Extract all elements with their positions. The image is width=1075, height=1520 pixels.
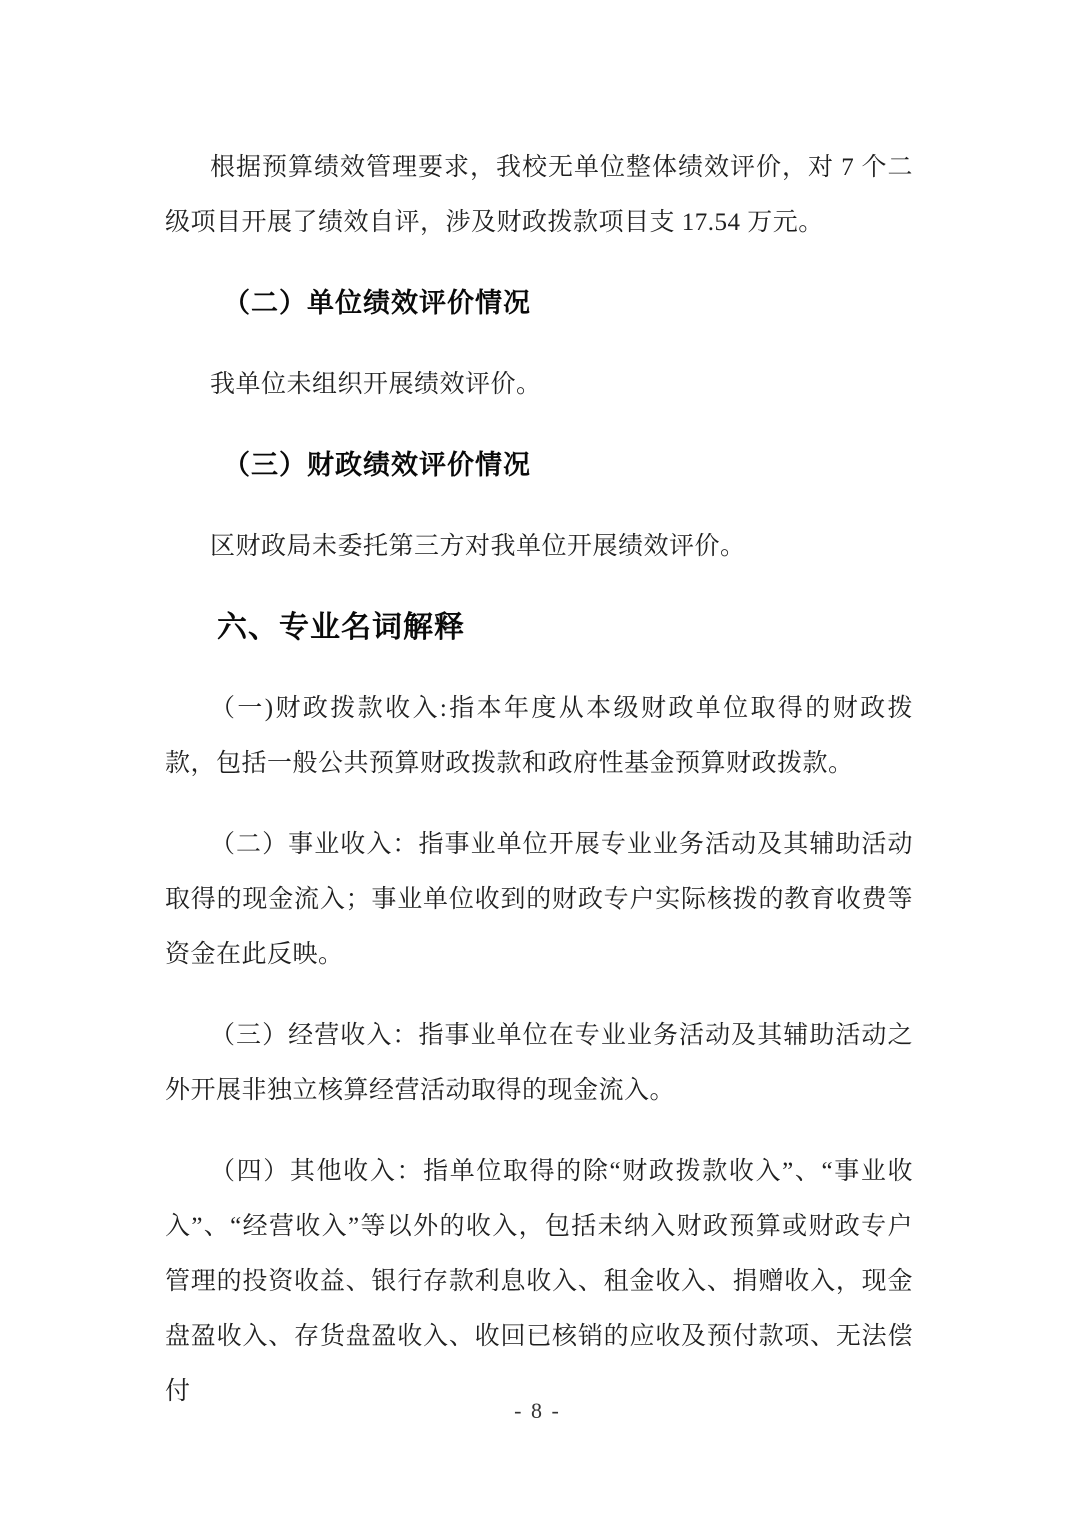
section-heading-fiscal-performance-evaluation: （三）财政绩效评价情况 (165, 438, 913, 493)
paragraph-term-fiscal-appropriation-income: （一)财政拨款收入:指本年度从本级财政单位取得的财政拨款，包括一般公共预算财政拨… (165, 681, 913, 791)
paragraph-term-institution-income: （二）事业收入：指事业单位开展专业业务活动及其辅助活动取得的现金流入；事业单位收… (165, 817, 913, 982)
document-page: 根据预算绩效管理要求，我校无单位整体绩效评价，对 7 个二级项目开展了绩效自评，… (0, 0, 1075, 1520)
page-number: - 8 - (0, 1398, 1075, 1424)
paragraph-unit-performance-evaluation: 我单位未组织开展绩效评价。 (165, 357, 913, 412)
paragraph-term-operating-income: （三）经营收入：指事业单位在专业业务活动及其辅助活动之外开展非独立核算经营活动取… (165, 1008, 913, 1118)
chapter-heading-terminology: 六、专业名词解释 (165, 600, 913, 655)
paragraph-performance-self-evaluation: 根据预算绩效管理要求，我校无单位整体绩效评价，对 7 个二级项目开展了绩效自评，… (165, 140, 913, 250)
paragraph-fiscal-performance-evaluation: 区财政局未委托第三方对我单位开展绩效评价。 (165, 519, 913, 574)
section-heading-unit-performance-evaluation: （二）单位绩效评价情况 (165, 276, 913, 331)
document-body: 根据预算绩效管理要求，我校无单位整体绩效评价，对 7 个二级项目开展了绩效自评，… (165, 140, 913, 1419)
paragraph-term-other-income: （四）其他收入：指单位取得的除“财政拨款收入”、“事业收入”、“经营收入”等以外… (165, 1144, 913, 1419)
